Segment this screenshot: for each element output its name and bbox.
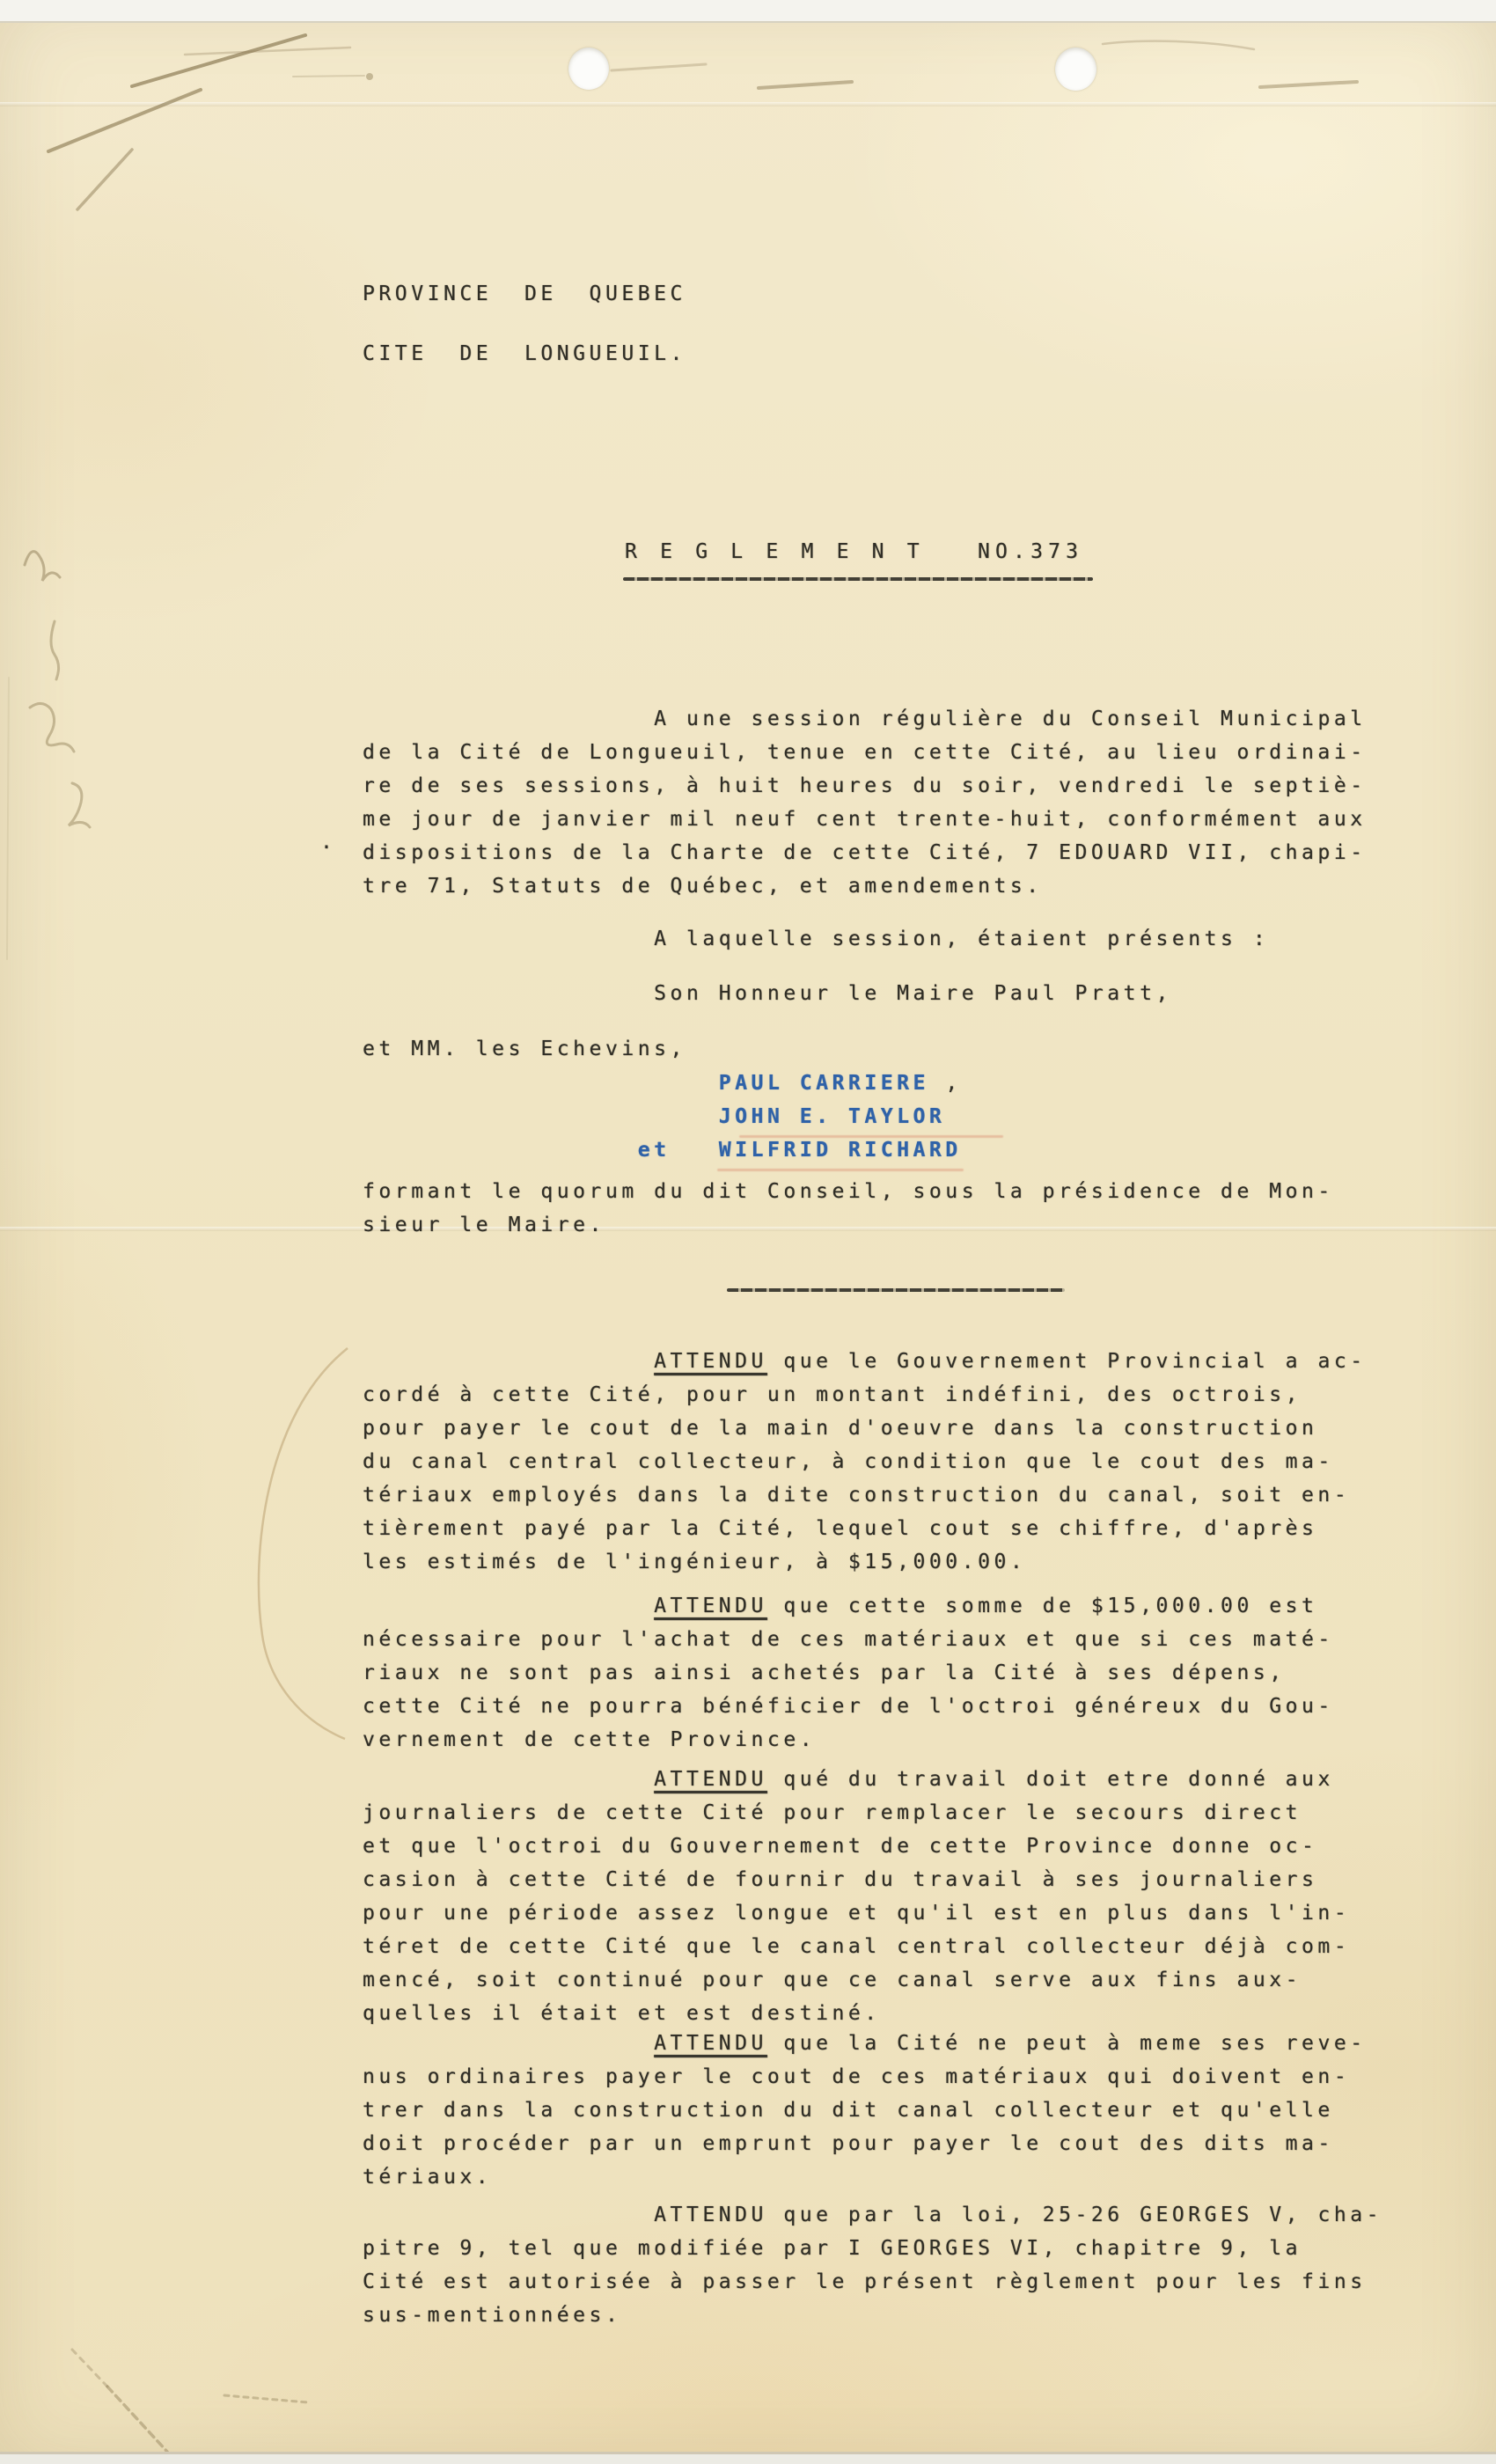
attendu-paragraph-4: ATTENDU que la Cité ne peut à meme ses r… <box>363 2027 1480 2194</box>
attendu-keyword: ATTENDU <box>654 1595 767 1617</box>
indent <box>363 1139 638 1162</box>
attendu-keyword: ATTENDU <box>654 2032 767 2055</box>
pencil-strokes-top <box>48 35 1357 209</box>
alderman-comma: , <box>929 1072 962 1095</box>
presence-intro-line: A laquelle session, étaient présents : <box>363 922 1480 956</box>
scan-edge-top <box>0 0 1496 23</box>
attendu-paragraph-3: ATTENDU qué du travail doit etre donné a… <box>363 1763 1480 2030</box>
indent <box>363 1072 719 1095</box>
attendu-text: que la Cité ne peut à meme ses reve- nus… <box>363 2032 1367 2189</box>
pencil-strokes-bottom <box>72 2350 308 2452</box>
indent <box>363 1768 654 1791</box>
attendu-text: que cette somme de $15,000.00 est nécess… <box>363 1595 1334 1751</box>
red-ink-offset <box>739 1135 1003 1138</box>
punch-hole-right <box>1055 48 1096 91</box>
quorum-paragraph: formant le quorum du dit Conseil, sous l… <box>363 1175 1480 1242</box>
document-page: PROVINCE DE QUEBEC CITE DE LONGUEUIL. R … <box>0 0 1496 2464</box>
indent <box>363 1350 654 1373</box>
red-ink-offset <box>717 1169 964 1171</box>
attendu-paragraph-5: ATTENDU que par la loi, 25-26 GEORGES V,… <box>363 2198 1480 2332</box>
section-separator <box>727 1288 1065 1292</box>
attendu-text: que le Gouvernement Provincial a ac- cor… <box>363 1350 1367 1573</box>
indent <box>363 1595 654 1617</box>
margin-dot: . <box>320 825 356 859</box>
indent <box>363 1105 719 1128</box>
indent <box>363 2032 654 2055</box>
header-province: PROVINCE DE QUEBEC <box>363 277 1480 311</box>
aldermen-intro-line: et MM. les Echevins, <box>363 1032 1480 1066</box>
fold-crease-top <box>0 102 1496 106</box>
attendu-paragraph-1: ATTENDU que le Gouvernement Provincial a… <box>363 1345 1480 1579</box>
alderman-name-3: et WILFRID RICHARD <box>638 1139 962 1162</box>
attendu-keyword: ATTENDU <box>654 1350 767 1373</box>
attendu-keyword: ATTENDU <box>654 2204 767 2226</box>
indent <box>363 2204 654 2226</box>
reglement-title: R E G L E M E N T NO.373 <box>625 535 1241 568</box>
alderman-name-2: JOHN E. TAYLOR <box>719 1105 946 1128</box>
punch-hole-left <box>568 48 609 90</box>
attendu-text: qué du travail doit etre donné aux journ… <box>363 1768 1350 2025</box>
pencil-margin-scribbles <box>7 552 90 959</box>
scan-edge-bottom <box>0 2452 1496 2464</box>
session-paragraph: A une session régulière du Conseil Munic… <box>363 702 1480 903</box>
alderman-name-1: PAUL CARRIERE <box>719 1072 929 1095</box>
attendu-paragraph-2: ATTENDU que cette somme de $15,000.00 es… <box>363 1589 1480 1756</box>
attendu-keyword: ATTENDU <box>654 1768 767 1791</box>
aldermen-names: PAUL CARRIERE , JOHN E. TAYLOR et WILFRI… <box>363 1067 1480 1167</box>
header-city: CITE DE LONGUEUIL. <box>363 337 1480 370</box>
mayor-line: Son Honneur le Maire Paul Pratt, <box>363 977 1480 1010</box>
title-underline <box>623 577 1093 581</box>
pencil-parenthesis-mark <box>259 1348 348 1739</box>
